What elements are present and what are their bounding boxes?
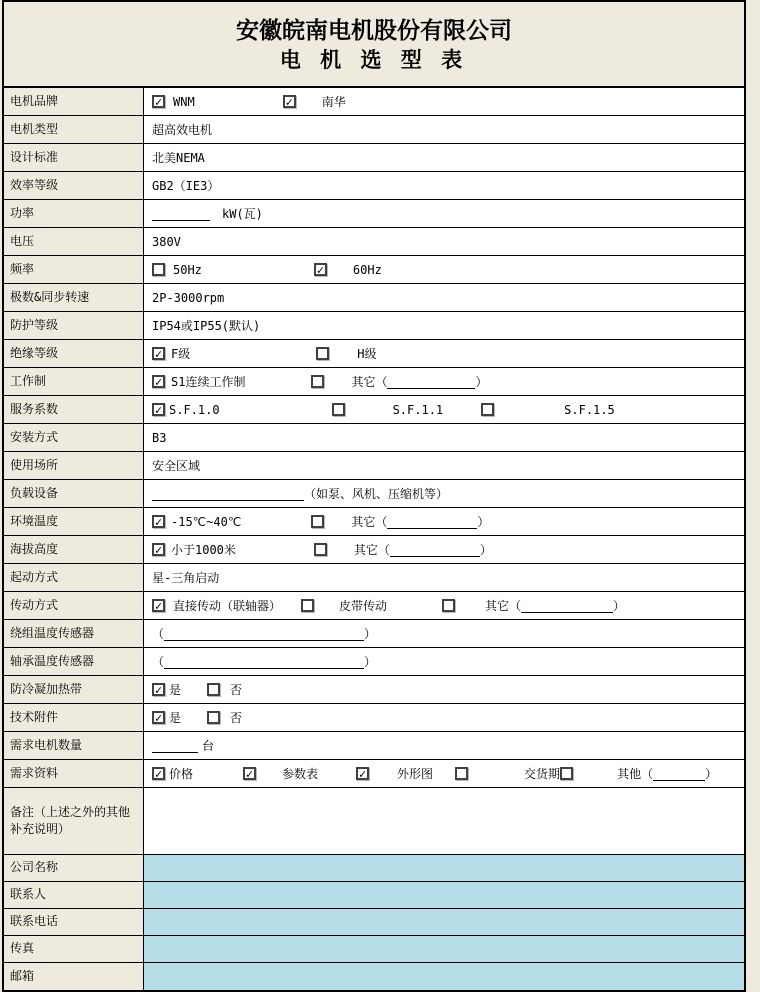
spacer (494, 409, 564, 410)
row-value: 50Hz✓60Hz (144, 256, 744, 283)
table-row: 环境温度✓-15℃~40℃其它（） (4, 508, 744, 536)
checkbox-unchecked[interactable] (481, 403, 494, 416)
table-row: 安装方式B3 (4, 424, 744, 452)
spacer (327, 549, 354, 550)
table-row: 负载设备（如泵、风机、压缩机等） (4, 480, 744, 508)
contact-input-cell[interactable] (144, 909, 744, 935)
value-text: （ (152, 625, 164, 642)
table-row: 功率kW(瓦) (4, 200, 744, 228)
spacer (165, 269, 173, 270)
spacer (193, 773, 243, 774)
table-row: 极数&同步转速2P-3000rpm (4, 284, 744, 312)
row-value: 北美NEMA (144, 144, 744, 171)
spacer (245, 381, 311, 382)
value-text: F级 (171, 345, 190, 362)
spacer (324, 521, 351, 522)
checkbox-unchecked[interactable] (455, 767, 468, 780)
checkbox-checked[interactable]: ✓ (152, 95, 165, 108)
row-value: kW(瓦) (144, 200, 744, 227)
spacer (387, 605, 442, 606)
spacer (318, 773, 356, 774)
row-label: 防冷凝加热带 (4, 676, 144, 703)
value-text: S.F.1.1 (393, 403, 444, 417)
table-row: 电机类型超高效电机 (4, 116, 744, 144)
value-text: 其它（ (351, 373, 387, 390)
spacer (195, 101, 283, 102)
value-text: S.F.1.5 (564, 403, 615, 417)
row-label: 环境温度 (4, 508, 144, 535)
value-text: 小于1000米 (171, 541, 236, 558)
spacer (296, 101, 322, 102)
value-text: 北美NEMA (152, 149, 205, 166)
table-row: 传真 (4, 936, 744, 963)
value-text: ） (477, 513, 489, 530)
value-text: 其它（ (351, 513, 387, 530)
row-value: ✓是否 (144, 676, 744, 703)
value-text: （ (152, 653, 164, 670)
contact-input-cell[interactable] (144, 855, 744, 881)
value-text: 价格 (169, 765, 193, 782)
value-text: ） (364, 653, 376, 670)
spacer (324, 381, 351, 382)
checkbox-unchecked[interactable] (314, 543, 327, 556)
value-text: -15℃~40℃ (171, 515, 241, 529)
table-row: 电机品牌✓WNM✓南华 (4, 88, 744, 116)
value-text: 外形图 (397, 765, 433, 782)
blank-fill-line[interactable] (387, 375, 475, 389)
table-row: 效率等级GB2（IE3） (4, 172, 744, 200)
checkbox-checked[interactable]: ✓ (283, 95, 296, 108)
value-text: 直接传动（联轴器） (173, 597, 281, 614)
table-row: 传动方式✓直接传动（联轴器）皮带传动其它（） (4, 592, 744, 620)
row-value: 380V (144, 228, 744, 255)
row-label: 需求电机数量 (4, 732, 144, 759)
value-text: ） (475, 373, 487, 390)
row-label: 联系人 (4, 882, 144, 908)
form-header: 安徽皖南电机股份有限公司 电 机 选 型 表 (4, 2, 744, 88)
value-text: 交货期 (524, 765, 560, 782)
contact-input-cell[interactable] (144, 882, 744, 908)
spacer (190, 353, 316, 354)
blank-fill-line[interactable] (152, 487, 304, 501)
row-value: ✓-15℃~40℃其它（） (144, 508, 744, 535)
row-value: 超高效电机 (144, 116, 744, 143)
value-text: 50Hz (173, 263, 202, 277)
table-row: 技术附件✓是否 (4, 704, 744, 732)
table-row: 电压380V (4, 228, 744, 256)
row-label: 技术附件 (4, 704, 144, 731)
row-label: 传动方式 (4, 592, 144, 619)
spacer (455, 605, 485, 606)
row-label: 频率 (4, 256, 144, 283)
value-text: 南华 (322, 93, 346, 110)
blank-fill-line[interactable] (164, 655, 364, 669)
row-value: （） (144, 620, 744, 647)
row-value: GB2（IE3） (144, 172, 744, 199)
row-label: 负载设备 (4, 480, 144, 507)
row-value: ✓F级H级 (144, 340, 744, 367)
row-value (144, 788, 744, 854)
value-text: S1连续工作制 (171, 373, 245, 390)
value-text: 60Hz (353, 263, 382, 277)
checkbox-unchecked[interactable] (332, 403, 345, 416)
checkbox-unchecked[interactable] (207, 711, 220, 724)
row-label: 电机类型 (4, 116, 144, 143)
table-row: 防护等级IP54或IP55(默认) (4, 312, 744, 340)
table-row: 轴承温度传感器（） (4, 648, 744, 676)
row-value: 台 (144, 732, 744, 759)
spacer (165, 605, 173, 606)
spacer (327, 269, 353, 270)
row-value: ✓WNM✓南华 (144, 88, 744, 115)
row-value: 安全区域 (144, 452, 744, 479)
table-row: 邮箱 (4, 963, 744, 990)
value-text: 其他（ (617, 765, 653, 782)
contact-input-cell[interactable] (144, 936, 744, 962)
spacer (210, 213, 222, 214)
row-value: IP54或IP55(默认) (144, 312, 744, 339)
checkbox-checked[interactable]: ✓ (152, 683, 165, 696)
value-text: 否 (230, 681, 242, 698)
spacer (241, 521, 311, 522)
row-value: ✓S.F.1.0S.F.1.1S.F.1.5 (144, 396, 744, 423)
checkbox-unchecked[interactable] (316, 347, 329, 360)
row-label: 海拔高度 (4, 536, 144, 563)
table-row: 公司名称 (4, 855, 744, 882)
value-text: 台 (202, 737, 214, 754)
value-text: 超高效电机 (152, 121, 212, 138)
table-row: 绕组温度传感器（） (4, 620, 744, 648)
spacer (369, 773, 397, 774)
spacer (468, 773, 524, 774)
value-text: ） (613, 597, 625, 614)
table-row: 需求电机数量台 (4, 732, 744, 760)
value-text: IP54或IP55(默认) (152, 317, 260, 334)
blank-fill-line[interactable] (152, 739, 198, 753)
row-value: ✓S1连续工作制其它（） (144, 368, 744, 395)
row-label: 设计标准 (4, 144, 144, 171)
value-text: H级 (357, 345, 376, 362)
value-text: 星-三角启动 (152, 569, 219, 586)
value-text: 安全区域 (152, 457, 200, 474)
spacer (220, 717, 230, 718)
spacer (236, 549, 314, 550)
row-label: 轴承温度传感器 (4, 648, 144, 675)
blank-fill-line[interactable] (390, 543, 480, 557)
checkbox-checked[interactable]: ✓ (356, 767, 369, 780)
row-value: ✓直接传动（联轴器）皮带传动其它（） (144, 592, 744, 619)
row-value: ✓价格✓参数表✓外形图交货期其他（） (144, 760, 744, 787)
checkbox-checked[interactable]: ✓ (152, 599, 165, 612)
row-label: 防护等级 (4, 312, 144, 339)
spacer (220, 689, 230, 690)
blank-fill-line[interactable] (152, 207, 210, 221)
checkbox-checked[interactable]: ✓ (152, 403, 165, 416)
row-label: 极数&同步转速 (4, 284, 144, 311)
table-row: 绝缘等级✓F级H级 (4, 340, 744, 368)
table-row: 需求资料✓价格✓参数表✓外形图交货期其他（） (4, 760, 744, 788)
blank-fill-line[interactable] (387, 515, 477, 529)
row-label: 绕组温度传感器 (4, 620, 144, 647)
value-text: ） (705, 765, 717, 782)
row-label: 电机品牌 (4, 88, 144, 115)
checkbox-checked[interactable]: ✓ (152, 543, 165, 556)
value-text: 是 (169, 681, 181, 698)
checkbox-checked[interactable]: ✓ (243, 767, 256, 780)
row-label: 备注（上述之外的其他补充说明） (4, 788, 144, 854)
table-row: 服务系数✓S.F.1.0S.F.1.1S.F.1.5 (4, 396, 744, 424)
table-row: 设计标准北美NEMA (4, 144, 744, 172)
form-title: 电 机 选 型 表 (280, 46, 468, 73)
checkbox-unchecked[interactable] (311, 515, 324, 528)
checkbox-checked[interactable]: ✓ (314, 263, 327, 276)
checkbox-unchecked[interactable] (560, 767, 573, 780)
row-label: 使用场所 (4, 452, 144, 479)
spacer (345, 409, 393, 410)
value-text: WNM (173, 95, 195, 109)
checkbox-unchecked[interactable] (442, 599, 455, 612)
table-row: 海拔高度✓小于1000米其它（） (4, 536, 744, 564)
value-text: ） (480, 541, 492, 558)
value-text: 380V (152, 235, 181, 249)
table-row: 工作制✓S1连续工作制其它（） (4, 368, 744, 396)
spacer (202, 269, 314, 270)
spacer (181, 717, 207, 718)
row-label: 传真 (4, 936, 144, 962)
value-text: 是 (169, 709, 181, 726)
spacer (314, 605, 339, 606)
form-rows: 电机品牌✓WNM✓南华电机类型超高效电机设计标准北美NEMA效率等级GB2（IE… (4, 88, 744, 990)
table-row: 备注（上述之外的其他补充说明） (4, 788, 744, 855)
row-label: 功率 (4, 200, 144, 227)
value-text: B3 (152, 431, 166, 445)
value-text: S.F.1.0 (169, 403, 220, 417)
contact-input-cell[interactable] (144, 963, 744, 990)
blank-fill-line[interactable] (521, 599, 613, 613)
blank-fill-line[interactable] (164, 627, 364, 641)
row-value: B3 (144, 424, 744, 451)
checkbox-unchecked[interactable] (301, 599, 314, 612)
value-text: 皮带传动 (339, 597, 387, 614)
spacer (256, 773, 282, 774)
value-text: kW(瓦) (222, 205, 263, 222)
table-row: 使用场所安全区域 (4, 452, 744, 480)
spacer (573, 773, 617, 774)
value-text: （如泵、风机、压缩机等） (304, 485, 448, 502)
row-label: 绝缘等级 (4, 340, 144, 367)
row-value: 2P-3000rpm (144, 284, 744, 311)
row-label: 安装方式 (4, 424, 144, 451)
value-text: 其它（ (354, 541, 390, 558)
value-text: 否 (230, 709, 242, 726)
row-label: 起动方式 (4, 564, 144, 591)
row-label: 公司名称 (4, 855, 144, 881)
row-label: 联系电话 (4, 909, 144, 935)
row-label: 效率等级 (4, 172, 144, 199)
checkbox-checked[interactable]: ✓ (152, 515, 165, 528)
row-label: 需求资料 (4, 760, 144, 787)
row-value: （如泵、风机、压缩机等） (144, 480, 744, 507)
checkbox-unchecked[interactable] (311, 375, 324, 388)
spacer (181, 689, 207, 690)
spacer (220, 409, 332, 410)
checkbox-checked[interactable]: ✓ (152, 711, 165, 724)
row-label: 服务系数 (4, 396, 144, 423)
spacer (329, 353, 357, 354)
checkbox-checked[interactable]: ✓ (152, 347, 165, 360)
row-label: 电压 (4, 228, 144, 255)
checkbox-checked[interactable]: ✓ (152, 375, 165, 388)
row-label: 邮箱 (4, 963, 144, 990)
checkbox-checked[interactable]: ✓ (152, 767, 165, 780)
value-text: 参数表 (282, 765, 318, 782)
row-value: ✓是否 (144, 704, 744, 731)
spacer (165, 101, 173, 102)
company-name: 安徽皖南电机股份有限公司 (236, 15, 512, 46)
value-text: 其它（ (485, 597, 521, 614)
spacer (281, 605, 301, 606)
value-text: GB2（IE3） (152, 177, 219, 194)
table-row: 起动方式星-三角启动 (4, 564, 744, 592)
table-row: 防冷凝加热带✓是否 (4, 676, 744, 704)
row-value: 星-三角启动 (144, 564, 744, 591)
motor-selection-form: 安徽皖南电机股份有限公司 电 机 选 型 表 电机品牌✓WNM✓南华电机类型超高… (2, 0, 746, 992)
spacer (433, 773, 455, 774)
table-row: 频率50Hz✓60Hz (4, 256, 744, 284)
row-value: （） (144, 648, 744, 675)
blank-fill-line[interactable] (653, 767, 705, 781)
row-value: ✓小于1000米其它（） (144, 536, 744, 563)
value-text: 2P-3000rpm (152, 291, 224, 305)
checkbox-unchecked[interactable] (152, 263, 165, 276)
row-label: 工作制 (4, 368, 144, 395)
table-row: 联系人 (4, 882, 744, 909)
table-row: 联系电话 (4, 909, 744, 936)
spacer (443, 409, 481, 410)
value-text: ） (364, 625, 376, 642)
checkbox-unchecked[interactable] (207, 683, 220, 696)
